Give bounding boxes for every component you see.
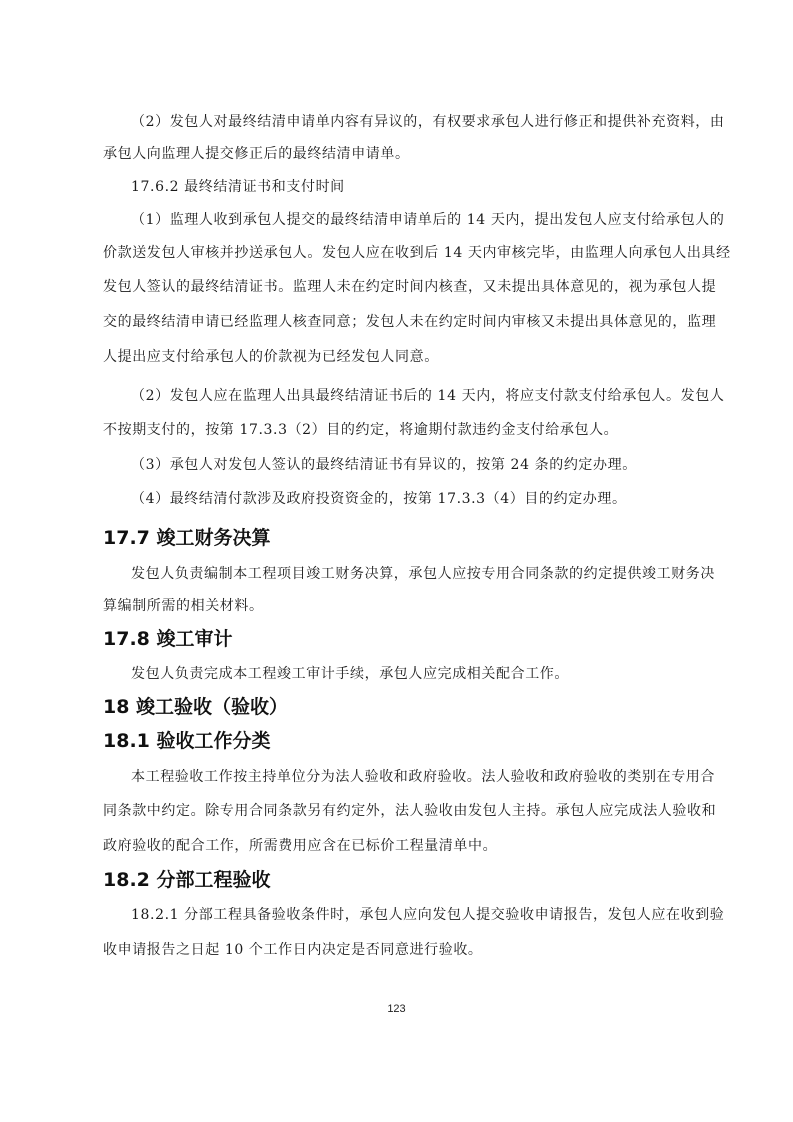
paragraph-line: 交的最终结清申请已经监理人核查同意；发包人未在约定时间内审核又未提出具体意见的，… bbox=[103, 313, 693, 331]
heading-17-8: 17.8 竣工审计 bbox=[103, 627, 233, 651]
paragraph-line: （2）发包人应在监理人出具最终结清证书后的 14 天内，将应支付款支付给承包人。… bbox=[131, 387, 693, 405]
paragraph-line: 18.2.1 分部工程具备验收条件时，承包人应向发包人提交验收申请报告，发包人应… bbox=[131, 906, 693, 924]
paragraph-line: （4）最终结清付款涉及政府投资资金的，按第 17.3.3（4）目的约定办理。 bbox=[131, 490, 693, 508]
paragraph-line: （2）发包人对最终结清申请单内容有异议的，有权要求承包人进行修正和提供补充资料，… bbox=[131, 113, 693, 131]
subheading-17-6-2: 17.6.2 最终结清证书和支付时间 bbox=[131, 178, 693, 196]
heading-17-7: 17.7 竣工财务决算 bbox=[103, 526, 271, 550]
heading-18-2: 18.2 分部工程验收 bbox=[103, 868, 271, 892]
heading-18: 18 竣工验收（验收） bbox=[103, 695, 288, 719]
paragraph-line: 发包人签认的最终结清证书。监理人未在约定时间内核查，又未提出具体意见的，视为承包… bbox=[103, 278, 693, 296]
paragraph-line: 政府验收的配合工作，所需费用应含在已标价工程量清单中。 bbox=[103, 837, 693, 855]
paragraph-line: 价款送发包人审核并抄送承包人。发包人应在收到后 14 天内审核完毕，由监理人向承… bbox=[103, 244, 693, 262]
paragraph-line: 不按期支付的，按第 17.3.3（2）目的约定，将逾期付款违约金支付给承包人。 bbox=[103, 421, 693, 439]
document-page: （2）发包人对最终结清申请单内容有异议的，有权要求承包人进行修正和提供补充资料，… bbox=[0, 0, 793, 1122]
paragraph-line: 承包人向监理人提交修正后的最终结清申请单。 bbox=[103, 145, 693, 163]
paragraph-line: 同条款中约定。除专用合同条款另有约定外，法人验收由发包人主持。承包人应完成法人验… bbox=[103, 802, 693, 820]
paragraph-line: （1）监理人收到承包人提交的最终结清申请单后的 14 天内，提出发包人应支付给承… bbox=[131, 211, 693, 229]
paragraph-line: 发包人负责编制本工程项目竣工财务决算，承包人应按专用合同条款的约定提供竣工财务决 bbox=[131, 565, 693, 583]
paragraph-line: 收申请报告之日起 10 个工作日内决定是否同意进行验收。 bbox=[103, 941, 693, 959]
paragraph-line: （3）承包人对发包人签认的最终结清证书有异议的，按第 24 条的约定办理。 bbox=[131, 456, 693, 474]
page-number: 123 bbox=[0, 1003, 793, 1015]
paragraph-line: 发包人负责完成本工程竣工审计手续，承包人应完成相关配合工作。 bbox=[131, 665, 693, 683]
heading-18-1: 18.1 验收工作分类 bbox=[103, 729, 271, 753]
paragraph-line: 人提出应支付给承包人的价款视为已经发包人同意。 bbox=[103, 348, 693, 366]
paragraph-line: 算编制所需的相关材料。 bbox=[103, 597, 693, 615]
paragraph-line: 本工程验收工作按主持单位分为法人验收和政府验收。法人验收和政府验收的类别在专用合 bbox=[131, 768, 693, 786]
